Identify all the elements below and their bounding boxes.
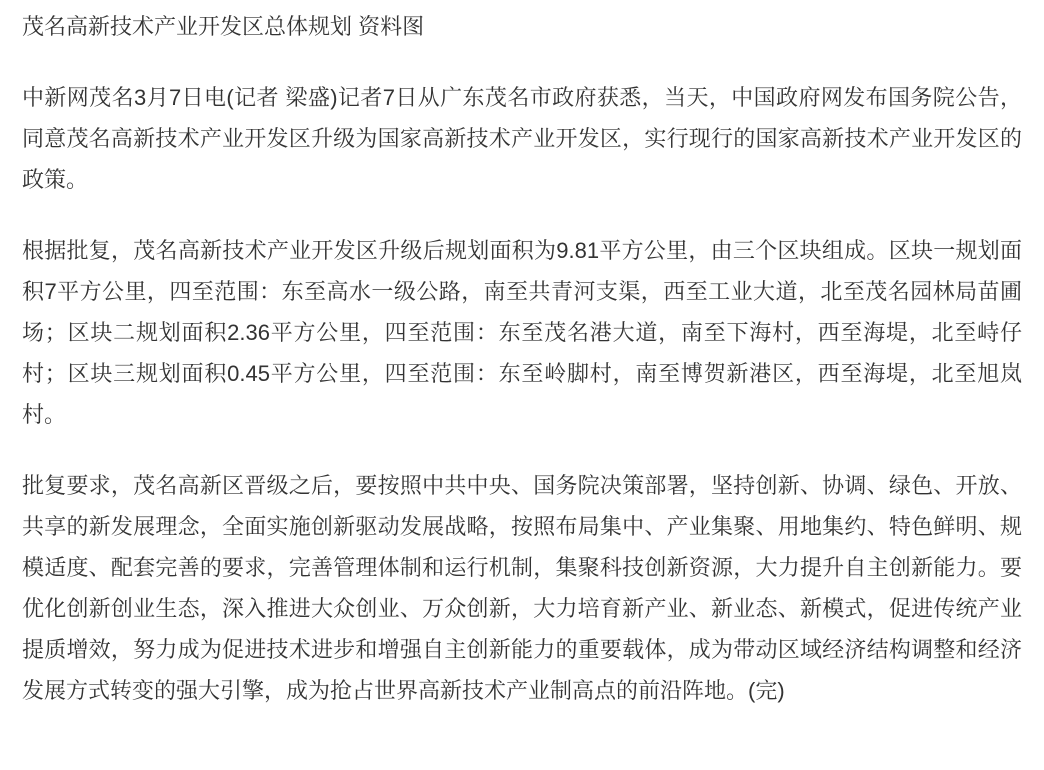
article-body: 茂名高新技术产业开发区总体规划 资料图 中新网茂名3月7日电(记者 梁盛)记者7… [0,0,1044,711]
image-caption: 茂名高新技术产业开发区总体规划 资料图 [22,6,1022,47]
article-paragraph-lede: 中新网茂名3月7日电(记者 梁盛)记者7日从广东茂名市政府获悉，当天，中国政府网… [22,77,1022,200]
article-paragraph-requirements: 批复要求，茂名高新区晋级之后，要按照中共中央、国务院决策部署，坚持创新、协调、绿… [22,465,1022,711]
article-paragraph-planning-area: 根据批复，茂名高新技术产业开发区升级后规划面积为9.81平方公里，由三个区块组成… [22,230,1022,435]
